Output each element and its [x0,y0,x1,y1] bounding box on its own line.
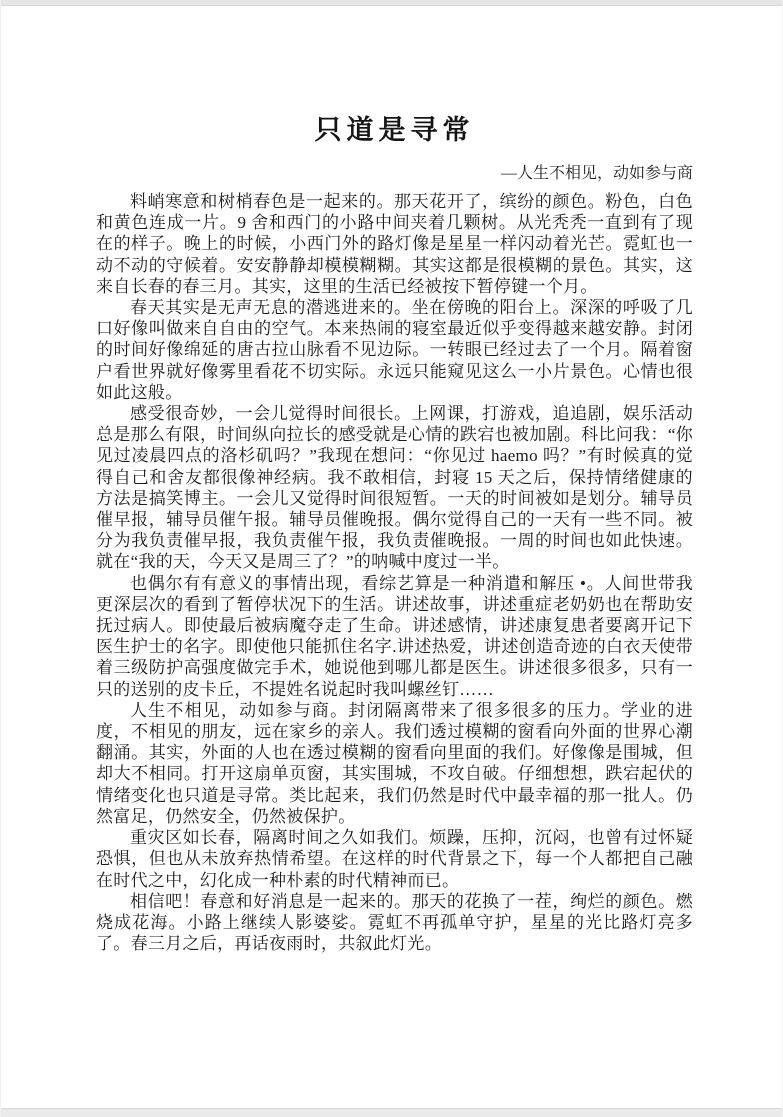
essay-paragraph-6: 重灾区如长春，隔离时间之久如我们。烦躁，压抑，沉闷，也曾有过怀疑恐惧，但也从未放… [96,827,693,891]
essay-paragraph-2: 春天其实是无声无息的潜逃进来的。坐在傍晚的阳台上。深深的呼吸了几口好像叫做来自自… [96,297,693,403]
essay-paragraph-7: 相信吧！春意和好消息是一起来的。那天的花换了一茬，绚烂的颜色。燃烧成花海。小路上… [96,891,693,955]
essay-subtitle: —人生不相见，动如参与商 [96,163,693,184]
essay-paragraph-1: 料峭寒意和树梢春色是一起来的。那天花开了，缤纷的颜色。粉色，白色和黄色连成一片。… [96,191,693,297]
essay-paragraph-4: 也偶尔有有意义的事情出现，看综艺算是一种消遣和解压 •。人间世带我更深层次的看到… [96,573,693,700]
essay-paragraph-5: 人生不相见，动如参与商。封闭隔离带来了很多很多的压力。学业的进度，不相见的朋友，… [96,700,693,827]
essay-body: 料峭寒意和树梢春色是一起来的。那天花开了，缤纷的颜色。粉色，白色和黄色连成一片。… [96,191,693,954]
essay-content: 只道是寻常 —人生不相见，动如参与商 料峭寒意和树梢春色是一起来的。那天花开了，… [96,0,693,954]
essay-title: 只道是寻常 [96,112,693,148]
essay-paragraph-3: 感受很奇妙，一会儿觉得时间很长。上网课，打游戏，追追剧，娱乐活动总是那么有限，时… [96,403,693,573]
document-page: 只道是寻常 —人生不相见，动如参与商 料峭寒意和树梢春色是一起来的。那天花开了，… [0,0,783,1117]
page-bottom-edge [1,1108,782,1117]
